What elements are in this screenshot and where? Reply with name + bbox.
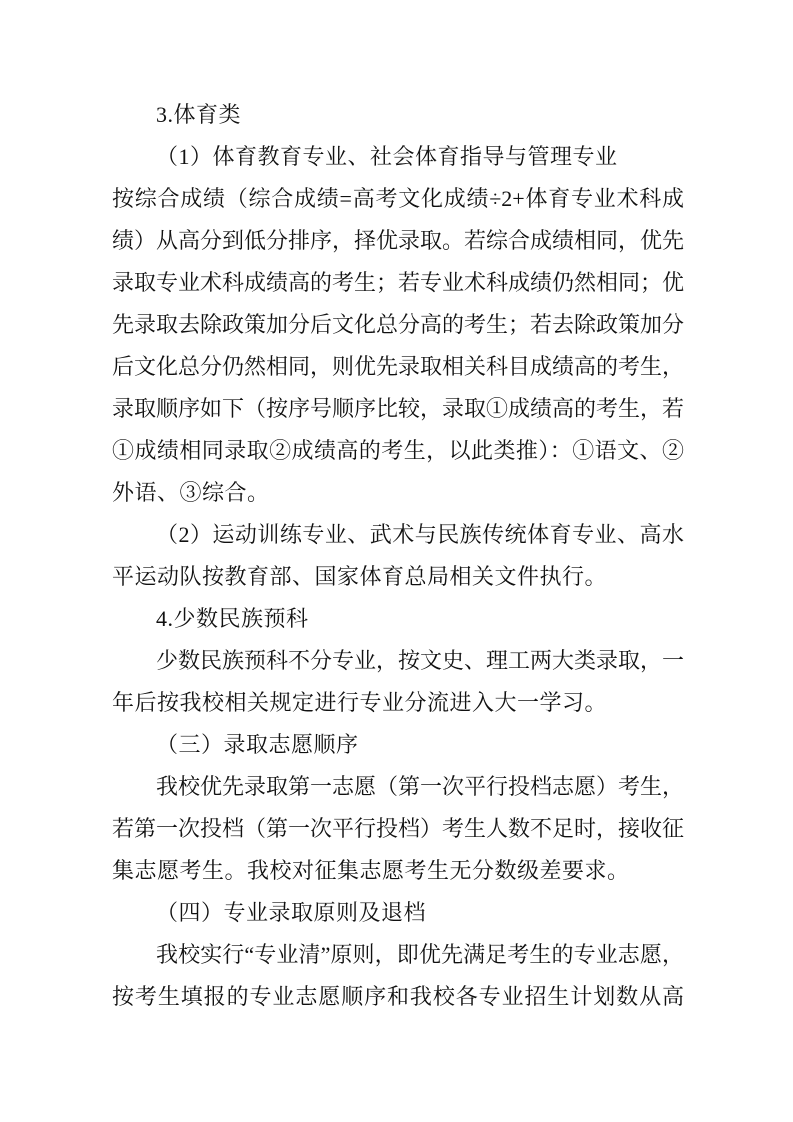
document-page: 3.体育类（1）体育教育专业、社会体育指导与管理专业按综合成绩（综合成绩=高考文… [0, 0, 793, 1122]
text-line: 少数民族预科不分专业，按文史、理工两大类录取，一 [112, 640, 684, 682]
text-line: 4.少数民族预科 [112, 598, 684, 640]
text-line: （三）录取志愿顺序 [112, 724, 684, 766]
text-line: （1）体育教育专业、社会体育指导与管理专业 [112, 136, 684, 178]
text-line: 集志愿考生。我校对征集志愿考生无分数级差要求。 [112, 850, 684, 892]
text-line: 绩）从高分到低分排序，择优录取。若综合成绩相同，优先 [112, 220, 684, 262]
text-line: 我校优先录取第一志愿（第一次平行投档志愿）考生， [112, 766, 684, 808]
text-line: ①成绩相同录取②成绩高的考生，以此类推）：①语文、② [112, 430, 684, 472]
text-line: 按综合成绩（综合成绩=高考文化成绩÷2+体育专业术科成 [112, 178, 684, 220]
text-line: 若第一次投档（第一次平行投档）考生人数不足时，接收征 [112, 808, 684, 850]
text-line: （四）专业录取原则及退档 [112, 892, 684, 934]
text-line: 录取顺序如下（按序号顺序比较，录取①成绩高的考生，若 [112, 388, 684, 430]
text-line: 我校实行“专业清”原则，即优先满足考生的专业志愿， [112, 934, 684, 976]
text-line: （2）运动训练专业、武术与民族传统体育专业、高水 [112, 514, 684, 556]
text-line: 后文化总分仍然相同，则优先录取相关科目成绩高的考生， [112, 346, 684, 388]
text-line: 按考生填报的专业志愿顺序和我校各专业招生计划数从高 [112, 976, 684, 1018]
text-line: 录取专业术科成绩高的考生；若专业术科成绩仍然相同；优 [112, 262, 684, 304]
text-line: 先录取去除政策加分后文化总分高的考生；若去除政策加分 [112, 304, 684, 346]
document-body: 3.体育类（1）体育教育专业、社会体育指导与管理专业按综合成绩（综合成绩=高考文… [112, 94, 684, 1018]
text-line: 外语、③综合。 [112, 472, 684, 514]
text-line: 年后按我校相关规定进行专业分流进入大一学习。 [112, 682, 684, 724]
text-line: 平运动队按教育部、国家体育总局相关文件执行。 [112, 556, 684, 598]
text-line: 3.体育类 [112, 94, 684, 136]
